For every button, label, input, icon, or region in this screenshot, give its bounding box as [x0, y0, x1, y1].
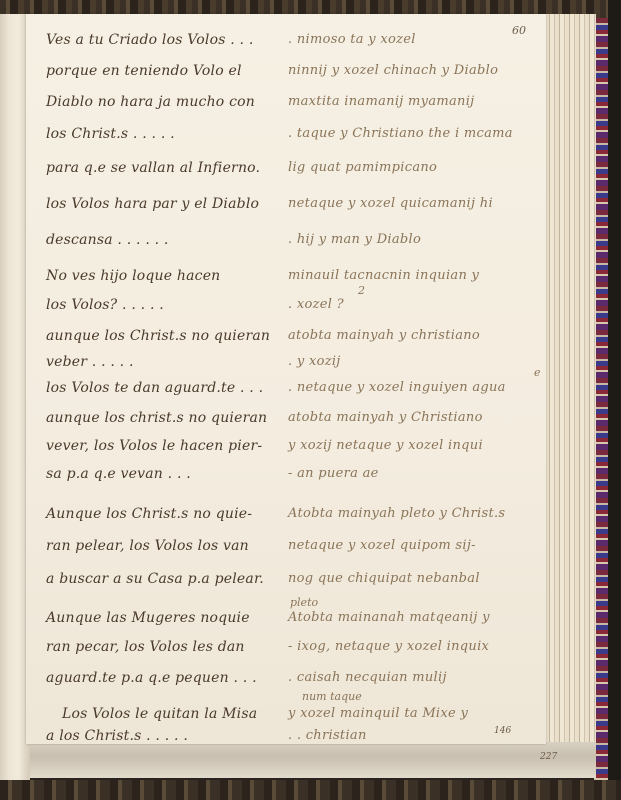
native-line: . y xozij — [288, 354, 341, 369]
spanish-line: a los Christ.s . . . . . — [46, 728, 188, 744]
bottom-margin-mark: 227 — [540, 752, 557, 762]
spanish-line: veber . . . . . — [46, 354, 134, 370]
spanish-line: aunque los Christ.s no quieran — [46, 328, 270, 344]
folio-number: 60 — [512, 24, 526, 37]
native-line: . . christian — [288, 728, 367, 743]
spanish-line: aguard.te p.a q.e pequen . . . — [46, 670, 257, 686]
native-line: ninnij y xozel chinach y Diablo — [288, 63, 498, 78]
spanish-line: vever, los Volos le hacen pier- — [46, 438, 262, 454]
book-cover-bottom — [0, 780, 621, 800]
native-line: . nimoso ta y xozel — [288, 32, 416, 47]
native-line: atobta mainyah y Christiano — [288, 410, 483, 425]
manuscript-page: 60 Ves a tu Criado los Volos . . . . nim… — [26, 14, 546, 744]
spanish-line: Aunque los Christ.s no quie- — [46, 506, 252, 522]
native-line: Atobta mainanah matqeanij y — [288, 610, 490, 625]
native-line: lig quat pamimpicano — [288, 160, 437, 175]
spanish-line: a buscar a su Casa p.a pelear. — [46, 571, 264, 587]
page-fore-edge — [540, 14, 596, 774]
interlinear-note: pleto — [290, 596, 318, 609]
native-line: nog que chiquipat nebanbal — [288, 571, 480, 586]
spanish-line: ran pelear, los Volos los van — [46, 538, 249, 554]
spanish-line: ran pecar, los Volos les dan — [46, 639, 245, 655]
native-line: . taque y Christiano the i mcama — [288, 126, 513, 141]
background-right — [608, 0, 621, 800]
spanish-line: Diablo no hara ja mucho con — [46, 94, 255, 110]
interlinear-note: 2 — [358, 284, 365, 297]
spanish-line: para q.e se vallan al Infierno. — [46, 160, 260, 176]
spanish-line: Los Volos le quitan la Misa — [62, 706, 257, 722]
spanish-line: No ves hijo loque hacen — [46, 268, 220, 284]
native-line: atobta mainyah y christiano — [288, 328, 480, 343]
native-line: . hij y man y Diablo — [288, 232, 421, 247]
interlinear-note: num taque — [302, 690, 362, 703]
spanish-line: Aunque las Mugeres noquie — [46, 610, 250, 626]
native-line: . netaque y xozel inguiyen agua — [288, 380, 506, 395]
native-line: netaque y xozel quicamanij hi — [288, 196, 493, 211]
native-line: . xozel ? — [288, 297, 344, 312]
native-line: - an puera ae — [288, 466, 379, 481]
bottom-page-stack: 227 — [30, 742, 596, 778]
native-line: y xozel mainquil ta Mixe y — [288, 706, 468, 721]
native-line: y xozij netaque y xozel inqui — [288, 438, 483, 453]
native-line: minauil tacnacnin inquian y — [288, 268, 479, 283]
spanish-line: aunque los christ.s no quieran — [46, 410, 267, 426]
spanish-line: descansa . . . . . . — [46, 232, 169, 248]
native-line: - ixog, netaque y xozel inquix — [288, 639, 489, 654]
spanish-line: los Volos? . . . . . — [46, 297, 164, 313]
spanish-line: Ves a tu Criado los Volos . . . — [46, 32, 254, 48]
native-line: Atobta mainyah pleto y Christ.s — [288, 506, 505, 521]
native-line: maxtita inamanij myamanij — [288, 94, 475, 109]
bottom-page-number: 146 — [494, 726, 511, 736]
native-line: . caisah necquian mulij — [288, 670, 447, 685]
spanish-line: sa p.a q.e vevan . . . — [46, 466, 191, 482]
spanish-line: los Volos hara par y el Diablo — [46, 196, 259, 212]
spanish-line: los Christ.s . . . . . — [46, 126, 175, 142]
native-line: netaque y xozel quipom sij- — [288, 538, 476, 553]
spanish-line: los Volos te dan aguard.te . . . — [46, 380, 263, 396]
interlinear-note: e — [534, 366, 541, 379]
spanish-line: porque en teniendo Volo el — [46, 63, 242, 79]
marbled-page-edge — [594, 18, 608, 780]
